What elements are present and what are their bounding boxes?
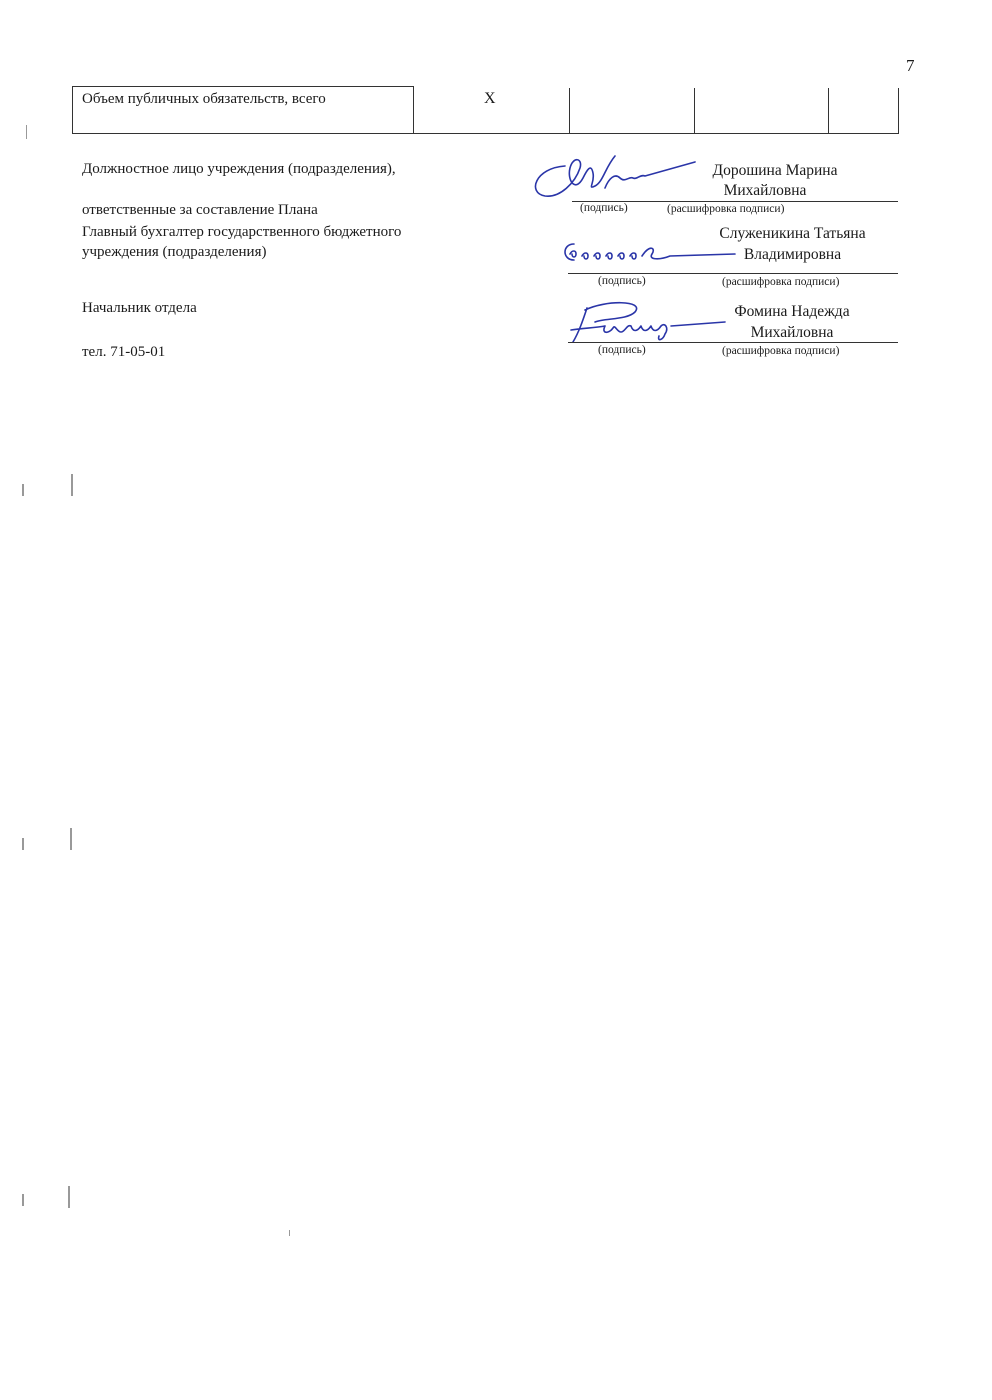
signature-caption: (подпись)	[598, 275, 646, 287]
signer-name-line2: Михайловна	[717, 323, 867, 342]
scan-mark	[289, 1230, 290, 1236]
decoding-caption: (расшифровка подписи)	[722, 345, 839, 357]
scan-mark	[26, 125, 27, 139]
signer-name-line1: Дорошина Марина	[690, 161, 860, 180]
scan-mark	[68, 1186, 70, 1208]
department-head-label: Начальник отдела	[82, 299, 197, 317]
signature-line	[568, 273, 898, 274]
signer-name-line1: Служеникина Татьяна	[700, 224, 885, 243]
table-column-divider	[828, 88, 829, 133]
handwritten-signature-icon	[560, 240, 740, 270]
signature-caption: (подпись)	[598, 344, 646, 356]
scan-mark	[22, 1194, 24, 1206]
decoding-caption: (расшифровка подписи)	[722, 276, 839, 288]
scan-mark	[70, 828, 72, 850]
scan-mark	[22, 838, 24, 850]
signer-name-line1: Фомина Надежда	[712, 302, 872, 321]
page-number: 7	[906, 56, 915, 76]
signature-line	[568, 342, 898, 343]
table-bottom-border	[72, 133, 899, 134]
handwritten-signature-icon	[565, 298, 730, 346]
scan-mark	[22, 484, 24, 496]
signature-caption: (подпись)	[580, 202, 628, 214]
phone-number: тел. 71-05-01	[82, 343, 165, 361]
decoding-caption: (расшифровка подписи)	[667, 203, 784, 215]
table-column-divider	[569, 88, 570, 133]
institution-label: учреждения (подразделения)	[82, 243, 266, 261]
chief-accountant-label: Главный бухгалтер государственного бюдже…	[82, 223, 401, 241]
handwritten-signature-icon	[525, 148, 695, 208]
responsible-label: ответственные за составление Плана	[82, 201, 318, 219]
scan-mark	[71, 474, 73, 496]
table-column-divider	[694, 88, 695, 133]
signer-name-line2: Владимировна	[720, 245, 865, 264]
table-row-label: Объем публичных обязательств, всего	[82, 90, 326, 108]
signer-name-line2: Михайловна	[690, 181, 840, 200]
table-column-divider	[898, 88, 899, 133]
official-label: Должностное лицо учреждения (подразделен…	[82, 160, 396, 178]
table-cell-x: X	[484, 90, 496, 108]
